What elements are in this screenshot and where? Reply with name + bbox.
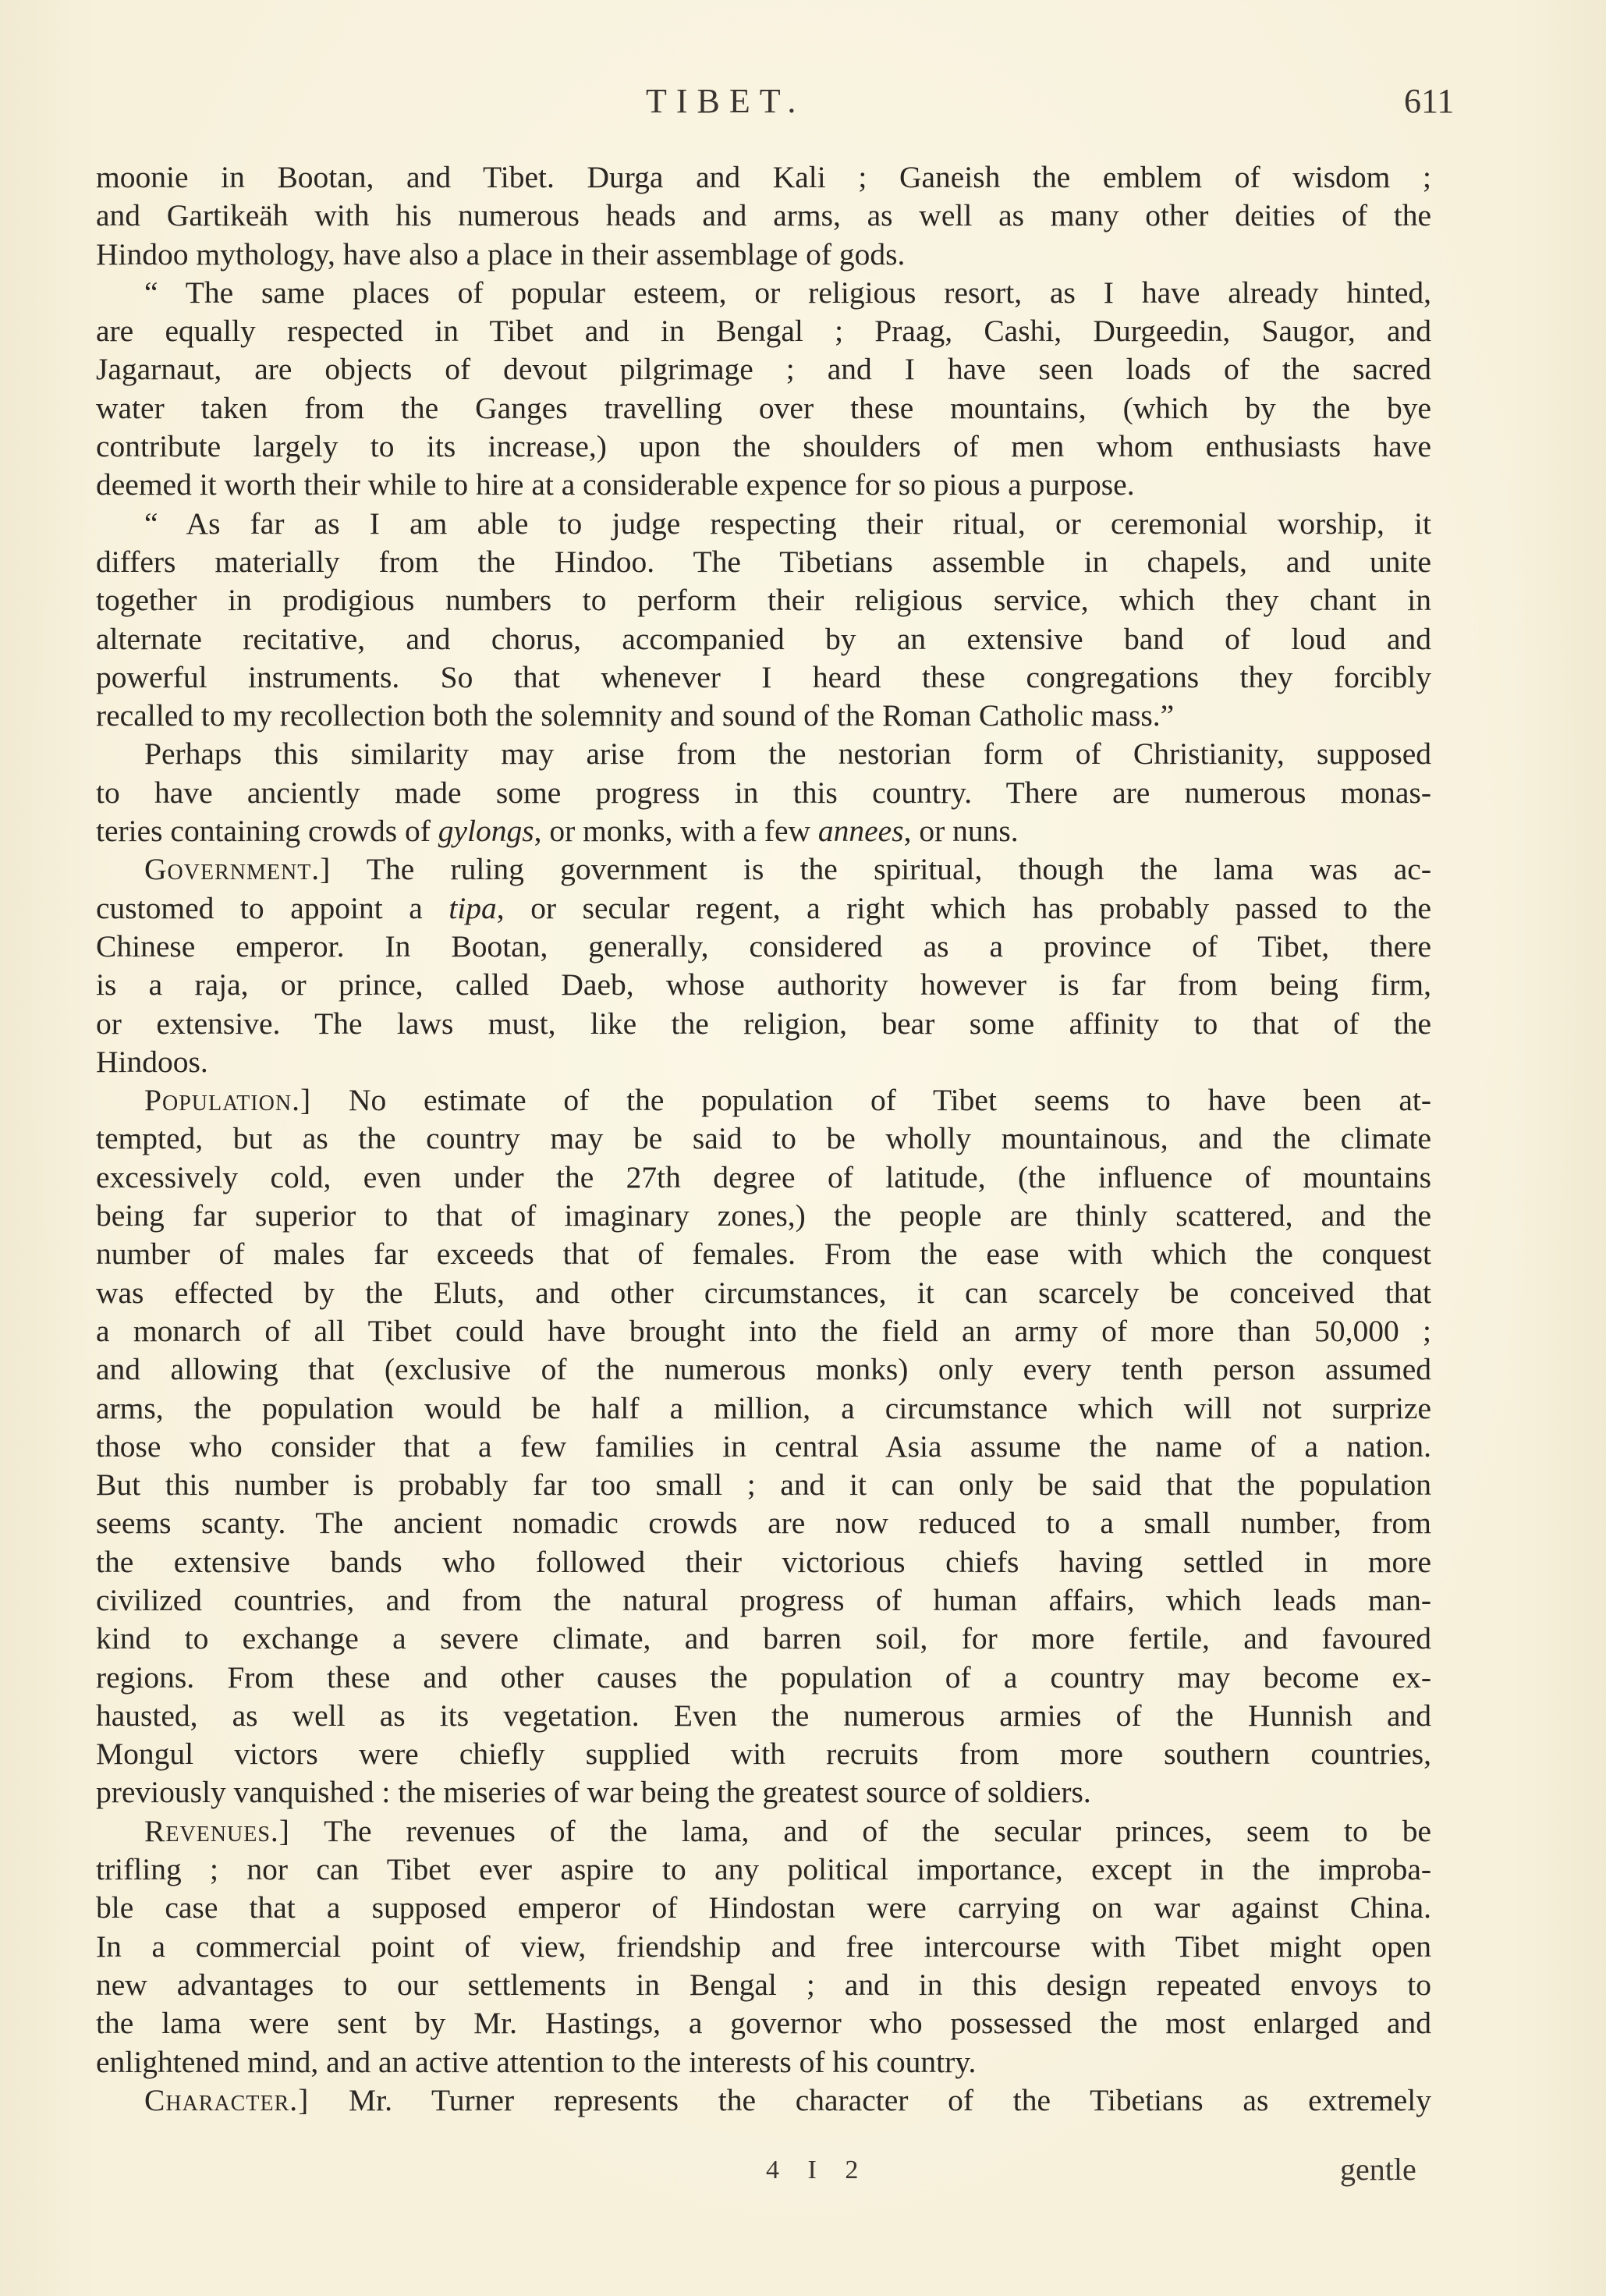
text-run: The revenues of the lama, and of the sec… [290, 1814, 1431, 1848]
text-run: Mr. Turner represents the character of t… [309, 2083, 1431, 2117]
section-heading: Character.] [144, 2083, 309, 2117]
body-text: moonie in Bootan, and Tibet. Durga and K… [96, 158, 1431, 2120]
text-line: arms, the population would be half a mil… [96, 1389, 1431, 1428]
text-line: seems scanty. The ancient nomadic crowds… [96, 1504, 1431, 1542]
text-line: and Gartikeäh with his numerous heads an… [96, 197, 1431, 235]
text-line: But this number is probably far too smal… [96, 1466, 1431, 1504]
text-line: tempted, but as the country may be said … [96, 1120, 1431, 1158]
text-line: to have anciently made some progress in … [96, 774, 1431, 812]
section-heading: Revenues.] [144, 1814, 290, 1848]
text-line: or extensive. The laws must, like the re… [96, 1005, 1431, 1043]
text-line: water taken from the Ganges travelling o… [96, 389, 1431, 428]
text-line: Hindoo mythology, have also a place in t… [96, 236, 1431, 274]
text-line: Jagarnaut, are objects of devout pilgrim… [96, 350, 1431, 389]
text-run: The ruling government is the spiritual, … [331, 852, 1431, 886]
text-line: is a raja, or prince, called Daeb, whose… [96, 966, 1431, 1004]
text-run: No estimate of the population of Tibet s… [311, 1083, 1431, 1117]
italic-term: tipa [448, 891, 496, 925]
catchword: gentle [1340, 2151, 1416, 2188]
text-run: customed to appoint a [96, 891, 448, 925]
text-line: are equally respected in Tibet and in Be… [96, 312, 1431, 350]
text-line: kind to exchange a severe climate, and b… [96, 1620, 1431, 1658]
text-run: , or monks, with a few [534, 814, 818, 848]
text-line: deemed it worth their while to hire at a… [96, 466, 1431, 504]
text-line: moonie in Bootan, and Tibet. Durga and K… [96, 158, 1431, 197]
text-line: Population.] No estimate of the populati… [96, 1081, 1431, 1120]
text-run: , or nuns. [904, 814, 1019, 848]
text-line: Perhaps this similarity may arise from t… [96, 735, 1431, 773]
section-heading: Government.] [144, 852, 331, 886]
text-line: Hindoos. [96, 1043, 1431, 1081]
italic-term: gylongs [438, 814, 534, 848]
text-line: excessively cold, even under the 27th de… [96, 1159, 1431, 1197]
text-line: teries containing crowds of gylongs, or … [96, 812, 1431, 850]
signature-mark: 4 I 2 [766, 2156, 869, 2185]
text-line: Government.] The ruling government is th… [96, 850, 1431, 889]
page-number: 611 [1404, 81, 1454, 121]
text-line: powerful instruments. So that whenever I… [96, 658, 1431, 697]
text-line: trifling ; nor can Tibet ever aspire to … [96, 1851, 1431, 1889]
text-line: In a commercial point of view, friendshi… [96, 1928, 1431, 1966]
italic-term: annees [818, 814, 904, 848]
text-run: , or secular regent, a right which has p… [497, 891, 1431, 925]
text-line: Chinese emperor. In Bootan, generally, c… [96, 928, 1431, 966]
text-line: “ As far as I am able to judge respectin… [96, 505, 1431, 543]
text-line: customed to appoint a tipa, or secular r… [96, 889, 1431, 928]
running-title: TIBET. [646, 81, 805, 121]
text-line: alternate recitative, and chorus, accomp… [96, 620, 1431, 658]
text-line: regions. From these and other causes the… [96, 1659, 1431, 1697]
text-line: number of males far exceeds that of fema… [96, 1235, 1431, 1273]
text-line: being far superior to that of imaginary … [96, 1197, 1431, 1235]
text-line: recalled to my recollection both the sol… [96, 697, 1431, 735]
text-line: enlightened mind, and an active attentio… [96, 2043, 1431, 2081]
running-head: TIBET. 611 [0, 78, 1606, 125]
text-line: Character.] Mr. Turner represents the ch… [96, 2081, 1431, 2120]
text-line: and allowing that (exclusive of the nume… [96, 1350, 1431, 1389]
text-line: differs materially from the Hindoo. The … [96, 543, 1431, 581]
text-line: contribute largely to its increase,) upo… [96, 428, 1431, 466]
text-line: new advantages to our settlements in Ben… [96, 1966, 1431, 2004]
text-line: Revenues.] The revenues of the lama, and… [96, 1812, 1431, 1851]
text-line: was effected by the Eluts, and other cir… [96, 1274, 1431, 1312]
text-run: teries containing crowds of [96, 814, 438, 848]
text-line: hausted, as well as its vegetation. Even… [96, 1697, 1431, 1735]
text-line: previously vanquished : the miseries of … [96, 1773, 1431, 1812]
text-line: civilized countries, and from the natura… [96, 1581, 1431, 1620]
text-line: the extensive bands who followed their v… [96, 1543, 1431, 1581]
text-line: together in prodigious numbers to perfor… [96, 581, 1431, 619]
section-heading: Population.] [144, 1083, 311, 1117]
text-line: those who consider that a few families i… [96, 1428, 1431, 1466]
text-line: ble case that a supposed emperor of Hind… [96, 1889, 1431, 1927]
text-line: “ The same places of popular esteem, or … [96, 274, 1431, 312]
text-line: Mongul victors were chiefly supplied wit… [96, 1735, 1431, 1773]
text-line: a monarch of all Tibet could have brough… [96, 1312, 1431, 1350]
text-line: the lama were sent by Mr. Hastings, a go… [96, 2004, 1431, 2042]
